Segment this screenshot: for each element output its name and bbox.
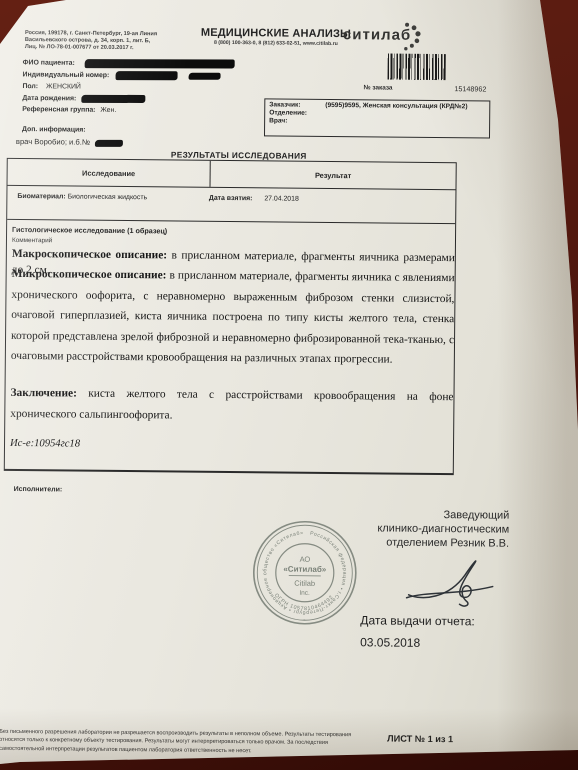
macro-description-label: Макроскопическое описание: xyxy=(12,248,167,261)
company-stamp: Российская федерация • г.Санкт-Петербург… xyxy=(250,518,359,627)
micro-description-text: в присланном материале, фрагменты яичник… xyxy=(11,269,455,366)
logo-dots-icon xyxy=(401,21,423,55)
sheet-number: ЛИСТ № 1 из 1 xyxy=(387,734,453,745)
biomaterial-label: Биоматериал: xyxy=(17,193,65,200)
document-paper: Россия, 199178, г. Санкт-Петербург, 19-а… xyxy=(0,0,578,770)
lab-address: Россия, 199178, г. Санкт-Петербург, 19-а… xyxy=(25,30,175,52)
order-number-label: № заказа xyxy=(363,84,392,91)
patient-birth-row: Дата рождения: xyxy=(22,94,145,103)
conclusion: Заключение: киста желтого тела с расстро… xyxy=(10,383,453,429)
stamp-inc: Inc. xyxy=(299,590,310,597)
biomaterial-row: Биоматериал: Биологическая жидкость Дата… xyxy=(17,193,298,203)
patient-sex-label: Пол: xyxy=(22,83,38,90)
customer-label: Заказчик: xyxy=(269,101,321,108)
order-number-value: 15148962 xyxy=(454,84,486,93)
stamp-ao: АО xyxy=(300,555,311,564)
patient-id-row: Индивидуальный номер: xyxy=(23,70,221,81)
customer-box: Заказчик: (9595)9595, Женская консультац… xyxy=(264,98,490,138)
report-date-label: Дата выдачи отчета: xyxy=(360,613,475,628)
report-date-value: 03.05.2018 xyxy=(360,635,420,650)
redacted-id-2 xyxy=(188,73,220,80)
doctor-label: Врач: xyxy=(269,117,321,124)
patient-refgroup-label: Референсная группа: xyxy=(22,106,95,114)
executors-label: Исполнители: xyxy=(14,486,63,493)
address-line: Лиц. № ЛО-78-01-007677 от 20.03.2017 г. xyxy=(25,44,175,52)
signature xyxy=(404,551,499,610)
department-label: Отделение: xyxy=(269,109,321,116)
patient-doctor-row: врач Воробио; и.б.№ xyxy=(16,137,123,147)
redacted-fio xyxy=(85,59,235,68)
biomaterial-value: Биологическая жидкость xyxy=(68,193,148,201)
footer-disclaimer: Без письменного разрешения лаборатории н… xyxy=(0,728,361,756)
patient-refgroup-value: Жен. xyxy=(100,107,116,114)
comment-label: Комментарий xyxy=(12,237,52,244)
sampling-date-label: Дата взятия: xyxy=(209,195,253,202)
redacted-card-number xyxy=(95,139,123,146)
micro-description: Микроскопическое описание: в присланном … xyxy=(11,264,455,371)
stamp-latin-name: Citilab xyxy=(294,579,315,588)
patient-id-label: Индивидуальный номер: xyxy=(23,71,110,79)
patient-extra-label: Доп. информация: xyxy=(22,126,86,134)
table-separator xyxy=(7,219,455,224)
conclusion-label: Заключение: xyxy=(10,387,77,400)
barcode xyxy=(388,54,446,81)
patient-refgroup-row: Референсная группа: Жен. xyxy=(22,106,116,114)
document-content: Россия, 199178, г. Санкт-Петербург, 19-а… xyxy=(0,0,578,770)
patient-sex-row: Пол: ЖЕНСКИЙ xyxy=(22,83,81,91)
patient-fio-row: ФИО пациента: xyxy=(23,58,235,69)
redacted-birthdate xyxy=(81,95,145,103)
patient-sex-value: ЖЕНСКИЙ xyxy=(46,83,81,90)
patient-extra-label-row: Доп. информация: xyxy=(22,126,86,134)
micro-description-label: Микроскопическое описание: xyxy=(12,268,167,281)
results-table: Исследование Результат Биоматериал: Биол… xyxy=(4,158,457,475)
column-research: Исследование xyxy=(8,159,210,187)
column-result: Результат xyxy=(210,161,456,189)
patient-fio-label: ФИО пациента: xyxy=(23,59,75,66)
histology-section-title: Гистологическое исследование (1 образец) xyxy=(12,225,167,235)
study-reference-code: Ис-е:10954гс18 xyxy=(10,438,80,450)
conclusion-text: киста желтого тела с расстройствами кров… xyxy=(10,388,453,422)
results-table-header: Исследование Результат xyxy=(8,159,456,190)
stamp-name: «Ситилаб» xyxy=(283,565,327,574)
patient-doctor-value: врач Воробио; и.б.№ xyxy=(16,137,90,147)
redacted-id-1 xyxy=(115,71,177,80)
patient-birth-label: Дата рождения: xyxy=(22,95,76,103)
sampling-date-value: 27.04.2018 xyxy=(264,195,299,202)
